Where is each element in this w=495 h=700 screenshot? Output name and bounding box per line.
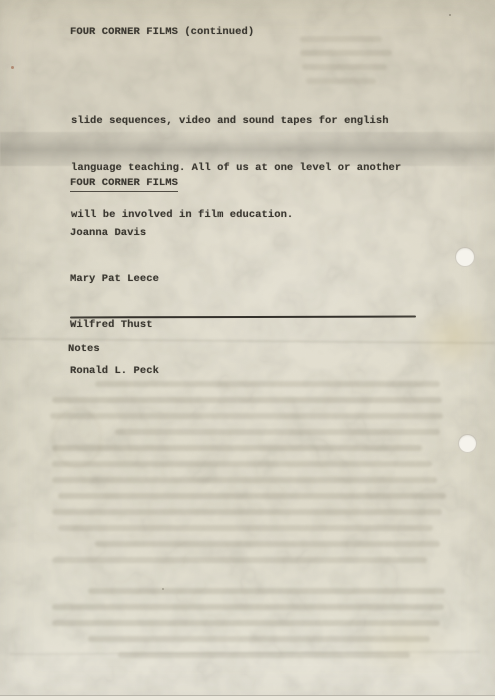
bleedthrough-line [50,413,443,419]
bleedthrough-line [52,509,442,515]
bleedthrough-line [118,652,410,658]
credit-name: Mary Pat Leece [70,272,159,287]
bleedthrough-line [95,541,440,547]
bleedthrough-line [52,477,437,483]
paper-stain [400,290,495,385]
credit-name: Wilfred Thust [70,318,159,333]
bleedthrough-line [115,429,440,435]
bleedthrough-line [88,636,430,642]
hole-punch [455,247,475,267]
scanned-document-page: FOUR CORNER FILMS (continued) slide sequ… [0,0,495,700]
bleedthrough-line [52,461,432,467]
hole-punch [458,434,477,453]
bleedthrough-line [52,557,427,563]
bleedthrough-line [300,50,392,56]
credits-name-list: Joanna Davis Mary Pat Leece Wilfred Thus… [70,195,159,411]
page-header: FOUR CORNER FILMS (continued) [70,26,254,39]
paper-speck [449,14,451,16]
bleedthrough-line [52,445,422,451]
credit-name: Ronald L. Peck [70,364,159,379]
paragraph-line: language teaching. All of us at one leve… [71,161,401,177]
credit-name: Joanna Davis [70,226,159,241]
notes-label: Notes [68,343,100,356]
bleedthrough-line [302,64,387,70]
paper-stain [330,600,480,690]
bleedthrough-line [300,36,382,42]
section-heading: FOUR CORNER FILMS [70,177,178,192]
bleedthrough-line [52,604,444,610]
paragraph-line: slide sequences, video and sound tapes f… [71,114,401,130]
paper-speck [11,66,14,69]
divider-line [70,316,416,319]
bleedthrough-line [88,588,445,594]
bleedthrough-line [58,493,446,499]
bleedthrough-line [52,620,440,626]
bleedthrough-line [58,525,433,531]
